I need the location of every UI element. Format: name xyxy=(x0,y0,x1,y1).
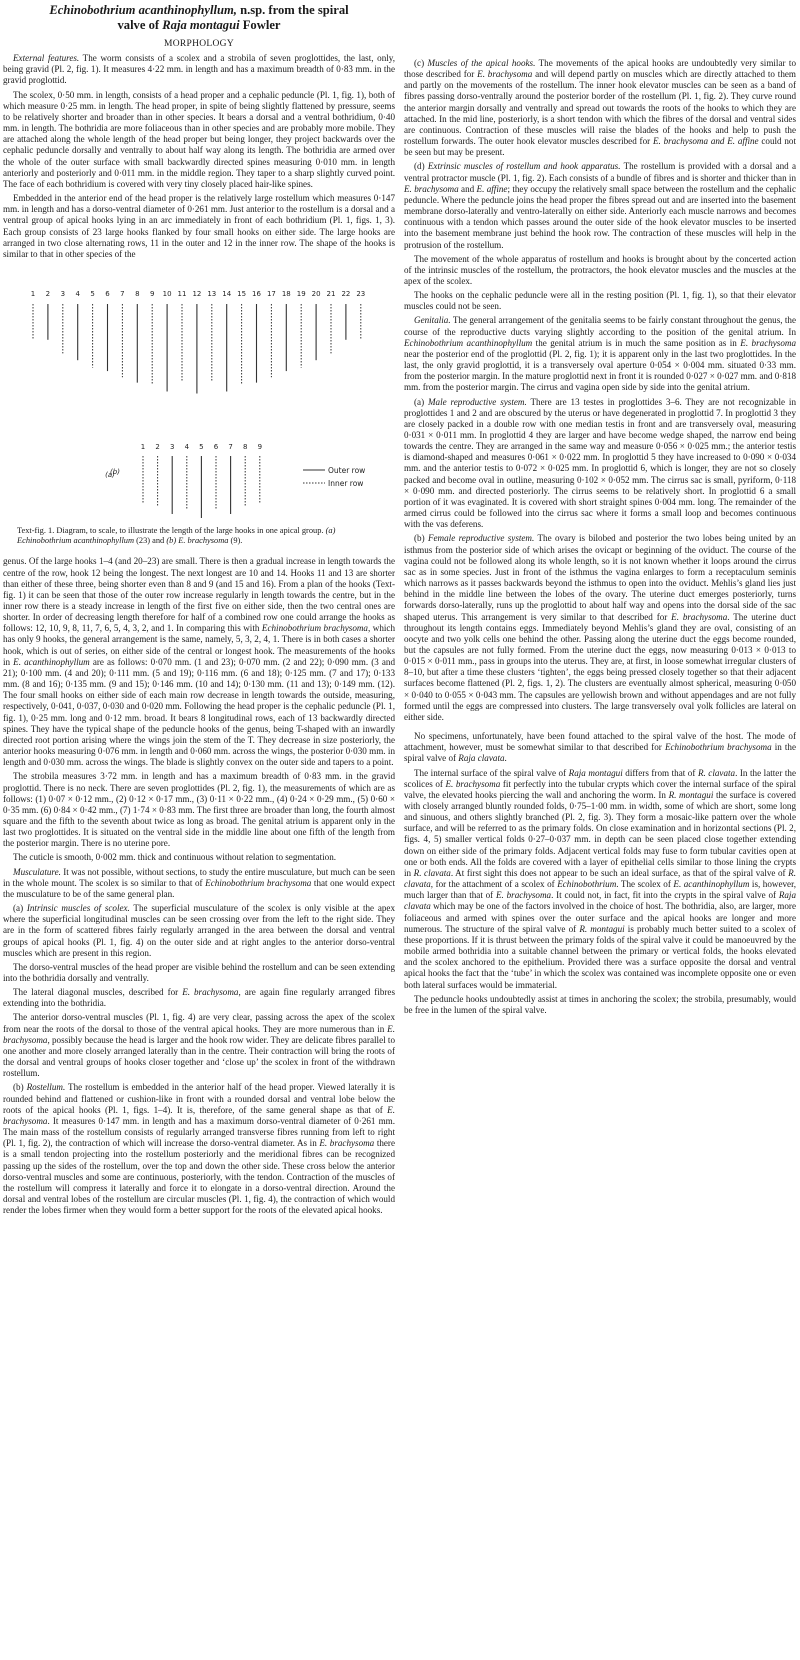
species-name: R. clavata xyxy=(414,868,451,878)
paragraph-musculature: Musculature. It was not possible, withou… xyxy=(3,867,395,900)
paragraph-text: There are 13 testes in proglottides 3–6.… xyxy=(404,397,796,530)
hook-number-label: 10 xyxy=(163,290,172,298)
figure-caption: Text-fig. 1. Diagram, to scale, to illus… xyxy=(17,526,385,546)
caption-text: (23) and xyxy=(134,536,166,545)
right-column: (c) Muscles of the apical hooks. The mov… xyxy=(404,58,796,1016)
caption-text: (9). xyxy=(228,536,242,545)
hook-number-label: 5 xyxy=(199,443,203,451)
paragraph-text: and xyxy=(459,184,477,194)
title-species: Echinobothrium acanthinophyllum, xyxy=(49,3,237,17)
hook-number-label: 15 xyxy=(237,290,246,298)
species-name: R. clavata xyxy=(698,768,735,778)
title-text: n.sp. from the spiral xyxy=(237,3,349,17)
hook-number-label: 14 xyxy=(222,290,231,298)
species-name: E. brachysoma xyxy=(182,987,238,997)
paragraph-text: near the posterior end of the proglottid… xyxy=(404,349,796,392)
paragraph-text: The anterior dorso-ventral muscles (Pl. … xyxy=(3,1012,395,1033)
hook-length-diagram: 1234567891011121314151617181920212223(a)… xyxy=(3,264,395,524)
title-host: Raja montagui xyxy=(162,18,239,32)
caption-species: E. brachysoma xyxy=(178,536,228,545)
text-figure-1: 1234567891011121314151617181920212223(a)… xyxy=(3,264,395,522)
paragraph-spiral-valve: The internal surface of the spiral valve… xyxy=(404,768,796,991)
paragraph-text: , possibly because the head is larger an… xyxy=(3,1035,395,1078)
paragraph-lead: Genitalia. xyxy=(414,315,451,325)
paragraph-hooks: genus. Of the large hooks 1–4 (and 20–23… xyxy=(3,556,395,768)
paragraph-cuticle: The cuticle is smooth, 0·002 mm. thick a… xyxy=(3,852,395,863)
hook-number-label: 7 xyxy=(228,443,232,451)
paragraph-text: genus. Of the large hooks 1–4 (and 20–23… xyxy=(3,556,395,633)
legend-inner-label: Inner row xyxy=(328,479,363,488)
species-name: E. acanthinophyllum xyxy=(13,657,90,667)
hook-number-label: 22 xyxy=(341,290,350,298)
hook-number-label: 12 xyxy=(192,290,201,298)
hook-number-label: 5 xyxy=(90,290,94,298)
paragraph-number: (a) xyxy=(13,903,27,913)
left-column: Echinobothrium acanthinophyllum, n.sp. f… xyxy=(3,0,395,1216)
species-name: Echinobothrium brachysoma xyxy=(665,742,772,752)
hook-number-label: 20 xyxy=(312,290,321,298)
paragraph-text: The internal surface of the spiral valve… xyxy=(414,768,569,778)
paragraph-female-reproductive: (b) Female reproductive system. The ovar… xyxy=(404,533,796,723)
species-name: E. brachysoma and E. affine xyxy=(653,136,759,146)
paragraph-lead: Female reproductive system. xyxy=(428,533,534,543)
paragraph-text: , for the attachment of a scolex of xyxy=(431,879,557,889)
paragraph-rostellum: (b) Rostellum. The rostellum is embedded… xyxy=(3,1082,395,1216)
hook-number-label: 9 xyxy=(258,443,262,451)
caption-text: Text-fig. 1. Diagram, to scale, to illus… xyxy=(17,526,326,535)
paragraph-number: (b) xyxy=(414,533,428,543)
paragraph-intrinsic-muscles: (a) Intrinsic muscles of scolex. The sup… xyxy=(3,903,395,959)
paragraph-dorso-ventral: The dorso-ventral muscles of the head pr… xyxy=(3,962,395,984)
hook-number-label: 18 xyxy=(282,290,291,298)
paragraph-text: . At first sight this does not appear to… xyxy=(451,868,788,878)
species-name: Echinobothrium brachysoma xyxy=(262,623,368,633)
hook-number-label: 17 xyxy=(267,290,276,298)
species-name: E. brachysoma xyxy=(477,69,532,79)
hook-number-label: 4 xyxy=(75,290,80,298)
paragraph-text: . The scolex of xyxy=(616,879,673,889)
paragraph-male-reproductive: (a) Male reproductive system. There are … xyxy=(404,397,796,531)
paragraph-strobila: The strobila measures 3·72 mm. in length… xyxy=(3,771,395,849)
species-name: E. acanthinophyllum xyxy=(673,879,749,889)
species-name: Echinobothrium xyxy=(557,879,616,889)
hook-number-label: 6 xyxy=(105,290,110,298)
paragraph-lead: Musculature. xyxy=(13,867,61,877)
hook-number-label: 23 xyxy=(356,290,365,298)
hook-number-label: 1 xyxy=(141,443,145,451)
paragraph-lead: External features. xyxy=(13,53,79,63)
species-name: E. brachysoma xyxy=(445,779,500,789)
paragraph-genitalia: Genitalia. The general arrangement of th… xyxy=(404,315,796,393)
hook-number-label: 2 xyxy=(46,290,50,298)
paragraph-lateral-diagonal: The lateral diagonal muscles, described … xyxy=(3,987,395,1009)
paragraph-text: and will depend partly on muscles which … xyxy=(404,69,796,146)
species-name: E. affine xyxy=(477,184,508,194)
paragraph-scolex: The scolex, 0·50 mm. in length, consists… xyxy=(3,90,395,190)
paragraph-text: . xyxy=(505,753,507,763)
species-name: Echinobothrium brachysoma xyxy=(205,878,311,888)
caption-label: (a) xyxy=(326,526,336,535)
paragraph-text: the genital atrium is in much the same p… xyxy=(532,338,740,348)
species-name: E. brachysoma xyxy=(740,338,796,348)
paragraph-peduncle-hooks: The hooks on the cephalic peduncle were … xyxy=(404,290,796,312)
species-name: Raja clavata xyxy=(458,753,504,763)
species-name: R. montagui xyxy=(669,790,714,800)
title-text-2: valve of xyxy=(117,18,162,32)
paragraph-text: differs from that of xyxy=(623,768,698,778)
paragraph-text: . The uterine duct throughout its length… xyxy=(404,612,796,722)
caption-species: Echinobothrium acanthinophyllum xyxy=(17,536,134,545)
paragraph-apical-hook-muscles: (c) Muscles of the apical hooks. The mov… xyxy=(404,58,796,158)
hook-number-label: 2 xyxy=(155,443,159,451)
article-title: Echinobothrium acanthinophyllum, n.sp. f… xyxy=(3,3,395,33)
paragraph-text: . It could not, in fact, fit into the cr… xyxy=(551,890,779,900)
panel-b-label: (b) xyxy=(110,468,120,476)
paragraph-number: (b) xyxy=(13,1082,27,1092)
hook-number-label: 4 xyxy=(185,443,190,451)
paragraph-lead: Extrinsic muscles of rostellum and hook … xyxy=(428,161,621,171)
paragraph-number: (a) xyxy=(414,397,428,407)
paragraph-anterior-dorso-ventral: The anterior dorso-ventral muscles (Pl. … xyxy=(3,1012,395,1079)
hook-number-label: 13 xyxy=(207,290,216,298)
species-name: E. brachysoma xyxy=(671,612,727,622)
caption-label: (b) xyxy=(166,536,178,545)
species-name: E. brachysoma xyxy=(496,890,551,900)
paragraph-text: the surface is covered with closely arra… xyxy=(404,790,796,878)
title-author: Fowler xyxy=(240,18,281,32)
paragraph-lead: Rostellum. xyxy=(27,1082,66,1092)
hook-number-label: 11 xyxy=(178,290,187,298)
species-name: E. brachysoma xyxy=(319,1138,374,1148)
paragraph-rostellum-intro: Embedded in the anterior end of the head… xyxy=(3,193,395,260)
paragraph-extrinsic-muscles: (d) Extrinsic muscles of rostellum and h… xyxy=(404,161,796,250)
hook-number-label: 19 xyxy=(297,290,306,298)
species-name: E. brachysoma xyxy=(404,184,459,194)
paragraph-conclusion: The peduncle hooks undoubtedly assist at… xyxy=(404,994,796,1016)
hook-number-label: 8 xyxy=(243,443,247,451)
hook-number-label: 3 xyxy=(170,443,174,451)
hook-number-label: 6 xyxy=(214,443,219,451)
paragraph-movement: The movement of the whole apparatus of r… xyxy=(404,254,796,287)
paragraph-text: The general arrangement of the genitalia… xyxy=(404,315,796,336)
hook-number-label: 9 xyxy=(150,290,154,298)
section-heading: MORPHOLOGY xyxy=(3,39,395,50)
paragraph-text: The lateral diagonal muscles, described … xyxy=(13,987,182,997)
paragraph-text: The ovary is bilobed and posterior the t… xyxy=(404,533,796,621)
species-name: Raja montagui xyxy=(569,768,623,778)
paragraph-attachment: No specimens, unfortunately, have been f… xyxy=(404,731,796,764)
paragraph-number: (d) xyxy=(414,161,428,171)
hook-number-label: 7 xyxy=(120,290,124,298)
paragraph-lead: Muscles of the apical hooks. xyxy=(428,58,536,68)
legend-outer-label: Outer row xyxy=(328,466,365,475)
species-name: R. montagui xyxy=(579,924,624,934)
hook-number-label: 21 xyxy=(327,290,336,298)
hook-number-label: 3 xyxy=(61,290,65,298)
paragraph-external-features: External features. The worm consists of … xyxy=(3,53,395,86)
paragraph-text: are as follows: 0·070 mm. (1 and 23); 0·… xyxy=(3,657,395,767)
hook-number-label: 1 xyxy=(31,290,35,298)
paragraph-text: there is a small tendon projecting into … xyxy=(3,1138,395,1215)
paragraph-lead: Male reproductive system. xyxy=(428,397,527,407)
hook-number-label: 8 xyxy=(135,290,139,298)
species-name: Echinobothrium acanthinophyllum xyxy=(404,338,532,348)
paragraph-lead: Intrinsic muscles of scolex. xyxy=(27,903,130,913)
paragraph-number: (c) xyxy=(414,58,428,68)
hook-number-label: 16 xyxy=(252,290,261,298)
